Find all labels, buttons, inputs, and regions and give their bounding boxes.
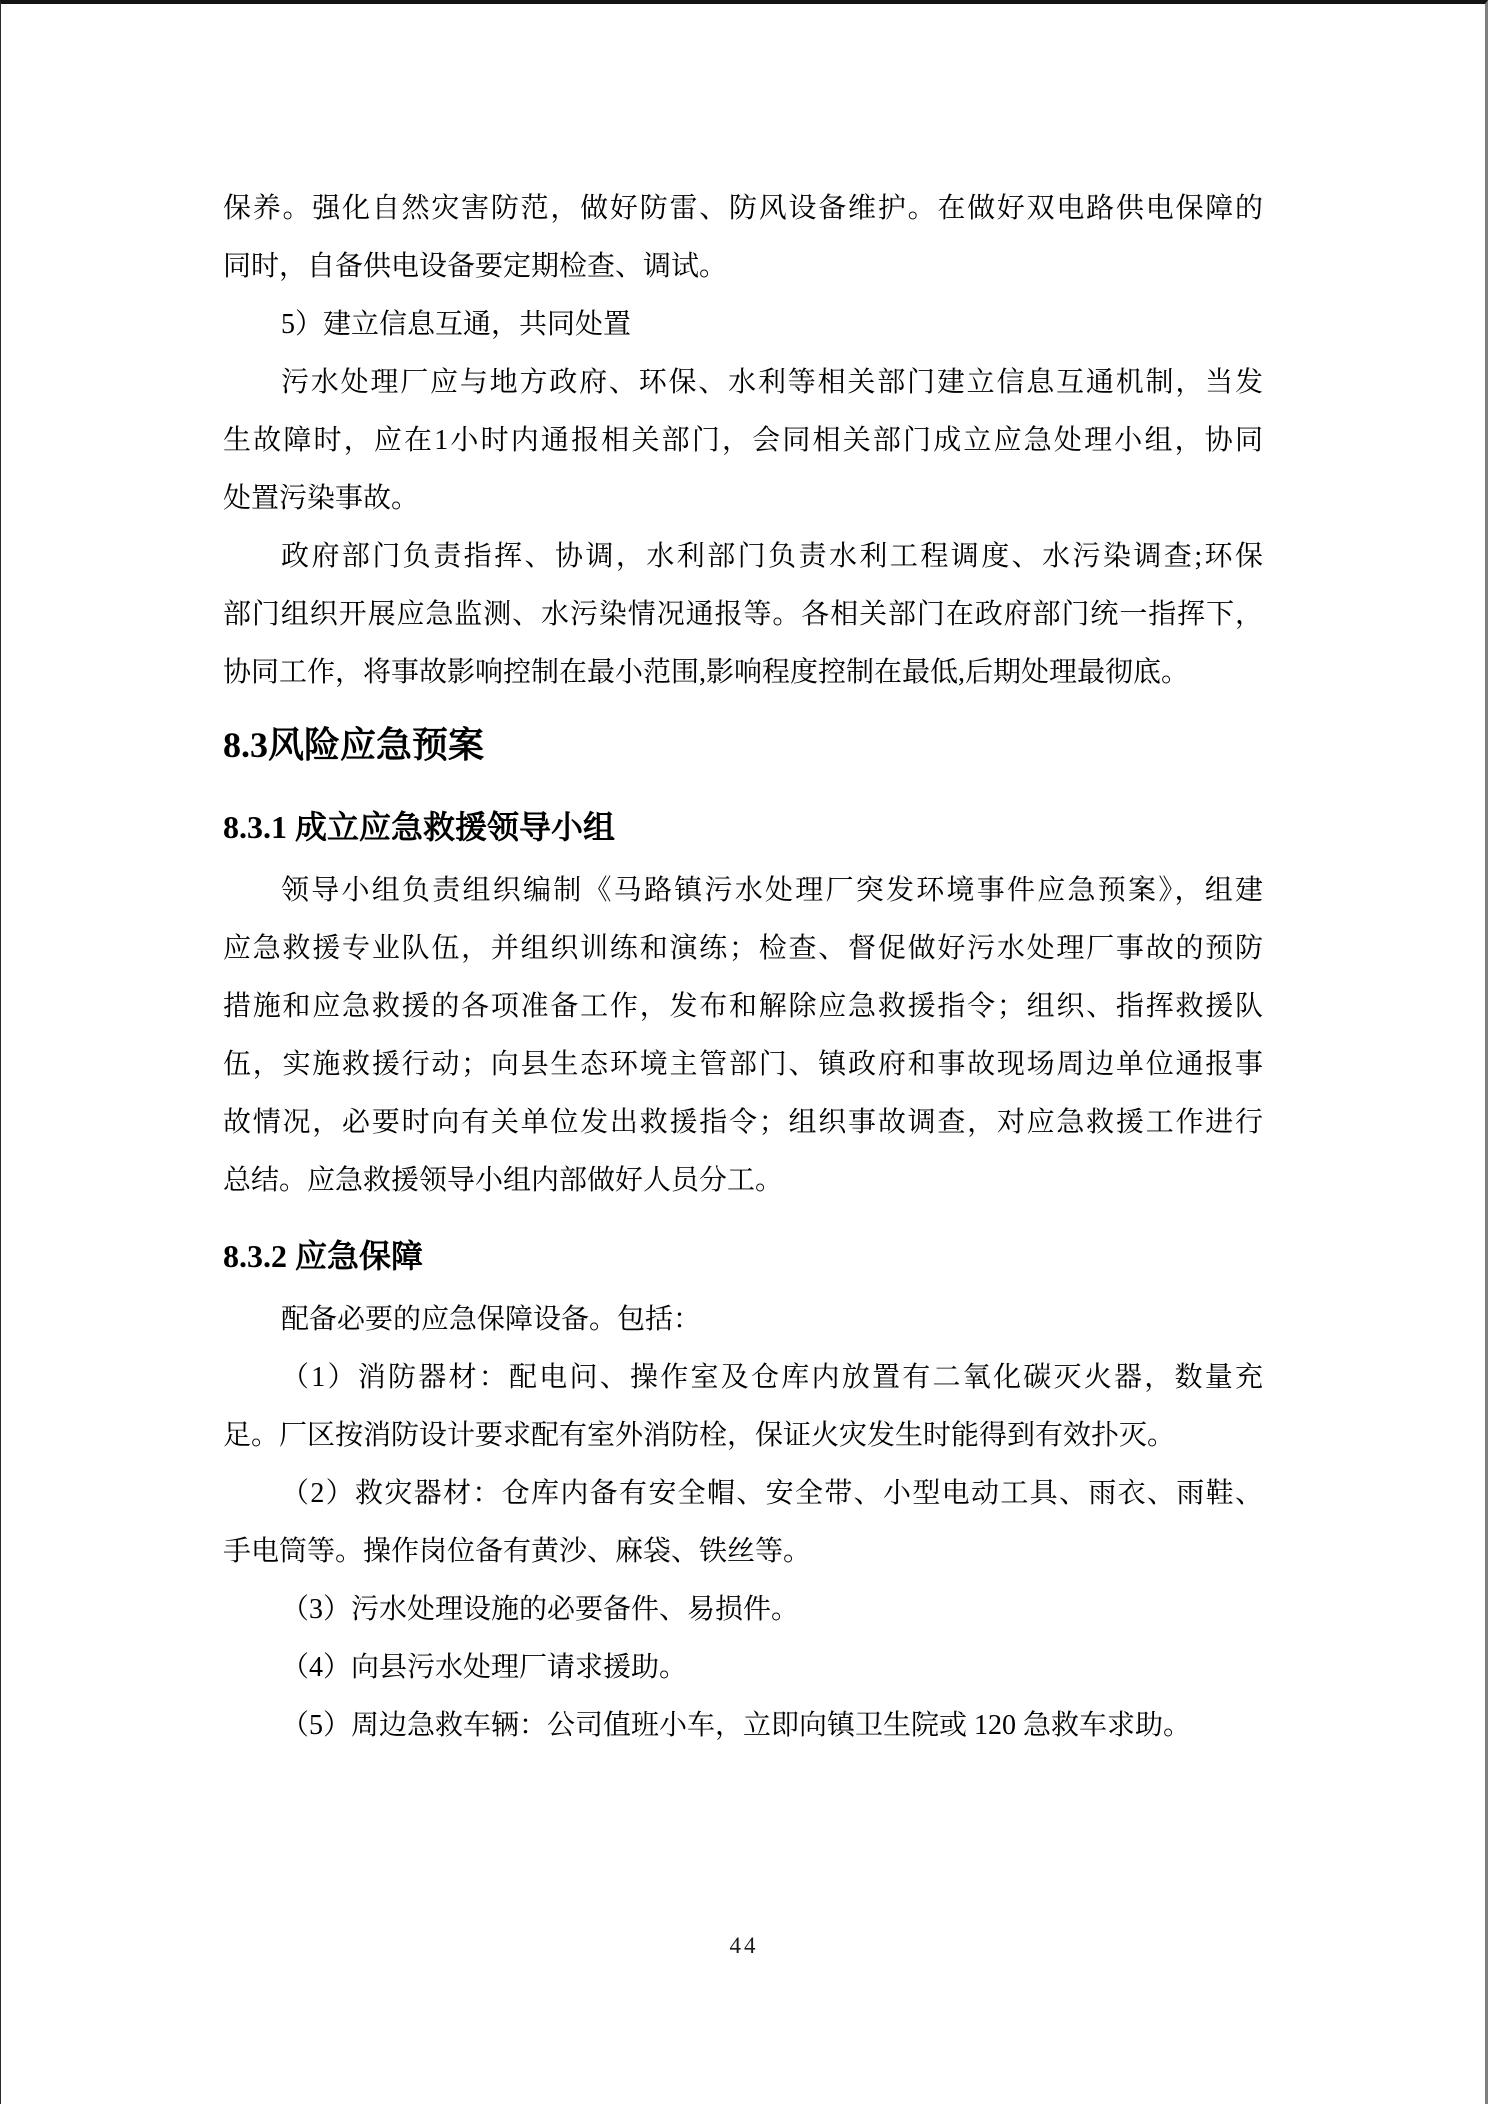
text-line: 保养。强化自然灾害防范，做好防雷、防风设备维护。在做好双电路供电保障的	[223, 180, 1263, 238]
text-line: 政府部门负责指挥、协调，水利部门负责水利工程调度、水污染调查;环保	[223, 528, 1263, 586]
text-line: 配备必要的应急保障设备。包括：	[223, 1291, 1263, 1349]
subsection-heading: 8.3.1 成立应急救援领导小组	[223, 804, 1263, 850]
text-line: 协同工作，将事故影响控制在最小范围,影响程度控制在最低,后期处理最彻底。	[223, 644, 1263, 702]
text-line: 总结。应急救援领导小组内部做好人员分工。	[223, 1152, 1263, 1210]
text-line: 5）建立信息互通，共同处置	[223, 296, 1263, 354]
text-line: 处置污染事故。	[223, 470, 1263, 528]
text-line: （2）救灾器材：仓库内备有安全帽、安全带、小型电动工具、雨衣、雨鞋、	[223, 1465, 1263, 1523]
text-line: 部门组织开展应急监测、水污染情况通报等。各相关部门在政府部门统一指挥下，	[223, 586, 1263, 644]
section-heading: 8.3风险应急预案	[223, 720, 1263, 770]
document-body: 保养。强化自然灾害防范，做好防雷、防风设备维护。在做好双电路供电保障的同时，自备…	[223, 180, 1263, 1755]
text-line: 生故障时，应在1小时内通报相关部门，会同相关部门成立应急处理小组，协同	[223, 412, 1263, 470]
text-line: 应急救援专业队伍，并组织训练和演练；检查、督促做好污水处理厂事故的预防	[223, 920, 1263, 978]
text-line: 污水处理厂应与地方政府、环保、水利等相关部门建立信息互通机制，当发	[223, 354, 1263, 412]
text-line: 故情况，必要时向有关单位发出救援指令；组织事故调查，对应急救援工作进行	[223, 1094, 1263, 1152]
text-line: 同时，自备供电设备要定期检查、调试。	[223, 238, 1263, 296]
page-number: 44	[0, 1933, 1488, 1959]
text-line: （1）消防器材：配电问、操作室及仓库内放置有二氧化碳灭火器，数量充	[223, 1349, 1263, 1407]
text-line: （4）向县污水处理厂请求援助。	[223, 1639, 1263, 1697]
text-line: 措施和应急救援的各项准备工作，发布和解除应急救援指令；组织、指挥救援队	[223, 978, 1263, 1036]
text-line: （5）周边急救车辆：公司值班小车，立即向镇卫生院或 120 急救车求助。	[223, 1697, 1263, 1755]
text-line: 足。厂区按消防设计要求配有室外消防栓，保证火灾发生时能得到有效扑灭。	[223, 1407, 1263, 1465]
text-line: 手电筒等。操作岗位备有黄沙、麻袋、铁丝等。	[223, 1523, 1263, 1581]
text-line: 领导小组负责组织编制《马路镇污水处理厂突发环境事件应急预案》，组建	[223, 862, 1263, 920]
text-line: 伍，实施救援行动；向县生态环境主管部门、镇政府和事故现场周边单位通报事	[223, 1036, 1263, 1094]
subsection-heading: 8.3.2 应急保障	[223, 1233, 1263, 1279]
text-line: （3）污水处理设施的必要备件、易损件。	[223, 1581, 1263, 1639]
